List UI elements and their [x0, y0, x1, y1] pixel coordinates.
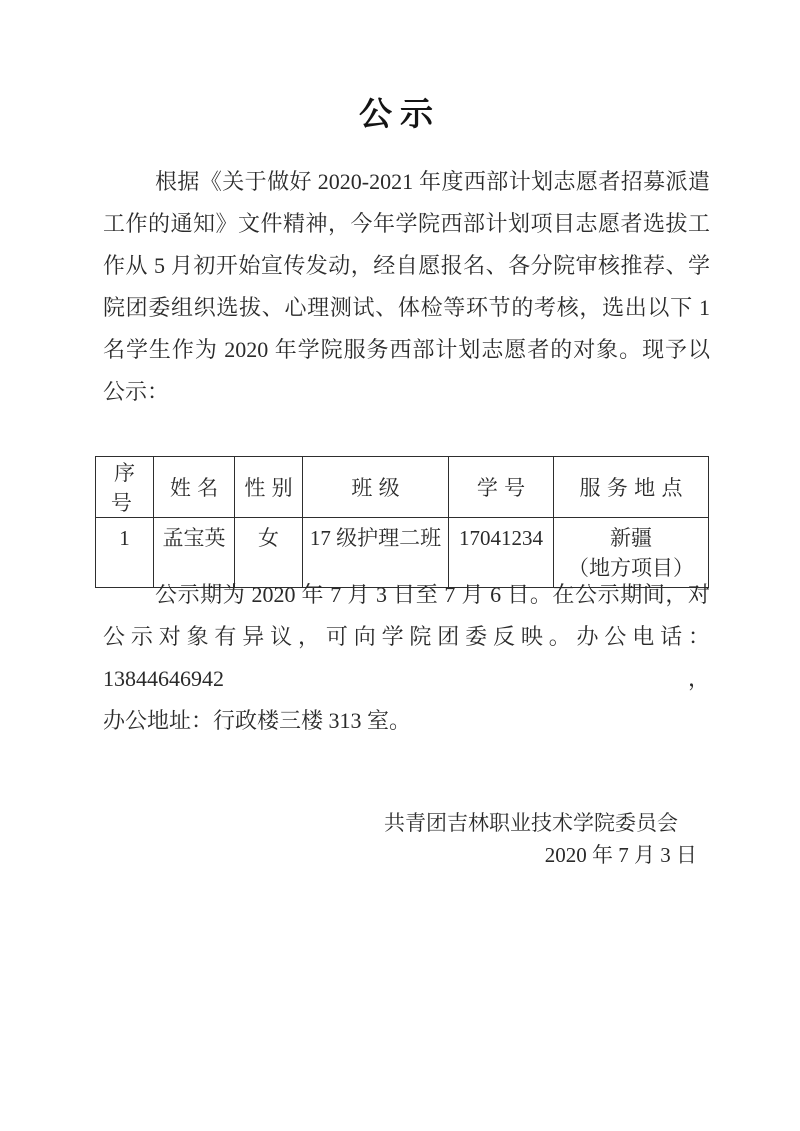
paragraph-line: 公示对象有异议，可向学院团委反映。办公电话：13844646942，	[103, 616, 710, 700]
page-title: 公示	[0, 88, 800, 135]
paragraph-line: 公示期为 2020 年 7 月 3 日至 7 月 6 日。在公示期间，对	[103, 574, 710, 616]
notice-paragraph: 公示期为 2020 年 7 月 3 日至 7 月 6 日。在公示期间，对 公示对…	[103, 574, 710, 742]
col-header-seq: 序号	[96, 457, 154, 518]
signature-date: 2020 年 7 月 3 日	[545, 840, 697, 870]
paragraph-line: 公示：	[103, 371, 710, 413]
paragraph-line: 工作的通知》文件精神，今年学院西部计划项目志愿者选拔工	[103, 203, 710, 245]
col-header-gender: 性别	[235, 457, 303, 518]
paragraph-line: 根据《关于做好 2020-2021 年度西部计划志愿者招募派遣	[103, 161, 710, 203]
col-header-class: 班级	[303, 457, 449, 518]
paragraph-line: 名学生作为 2020 年学院服务西部计划志愿者的对象。现予以	[103, 329, 710, 371]
document-page: 公示 根据《关于做好 2020-2021 年度西部计划志愿者招募派遣 工作的通知…	[0, 0, 800, 1131]
paragraph-line: 办公地址：行政楼三楼 313 室。	[103, 700, 710, 742]
signature-organization: 共青团吉林职业技术学院委员会	[384, 808, 678, 838]
col-header-student-id: 学号	[449, 457, 554, 518]
intro-paragraph: 根据《关于做好 2020-2021 年度西部计划志愿者招募派遣 工作的通知》文件…	[103, 161, 710, 413]
table-header-row: 序号 姓名 性别 班级 学号 服务地点	[96, 457, 709, 518]
paragraph-line: 作从 5 月初开始宣传发动，经自愿报名、各分院审核推荐、学	[103, 245, 710, 287]
service-location-line-1: 新疆	[554, 523, 708, 553]
announcement-table: 序号 姓名 性别 班级 学号 服务地点 1 孟宝英 女 17 级护理二班 170…	[95, 456, 709, 588]
paragraph-line: 院团委组织选拔、心理测试、体检等环节的考核，选出以下 1	[103, 287, 710, 329]
col-header-name: 姓名	[154, 457, 235, 518]
col-header-service-location: 服务地点	[554, 457, 709, 518]
